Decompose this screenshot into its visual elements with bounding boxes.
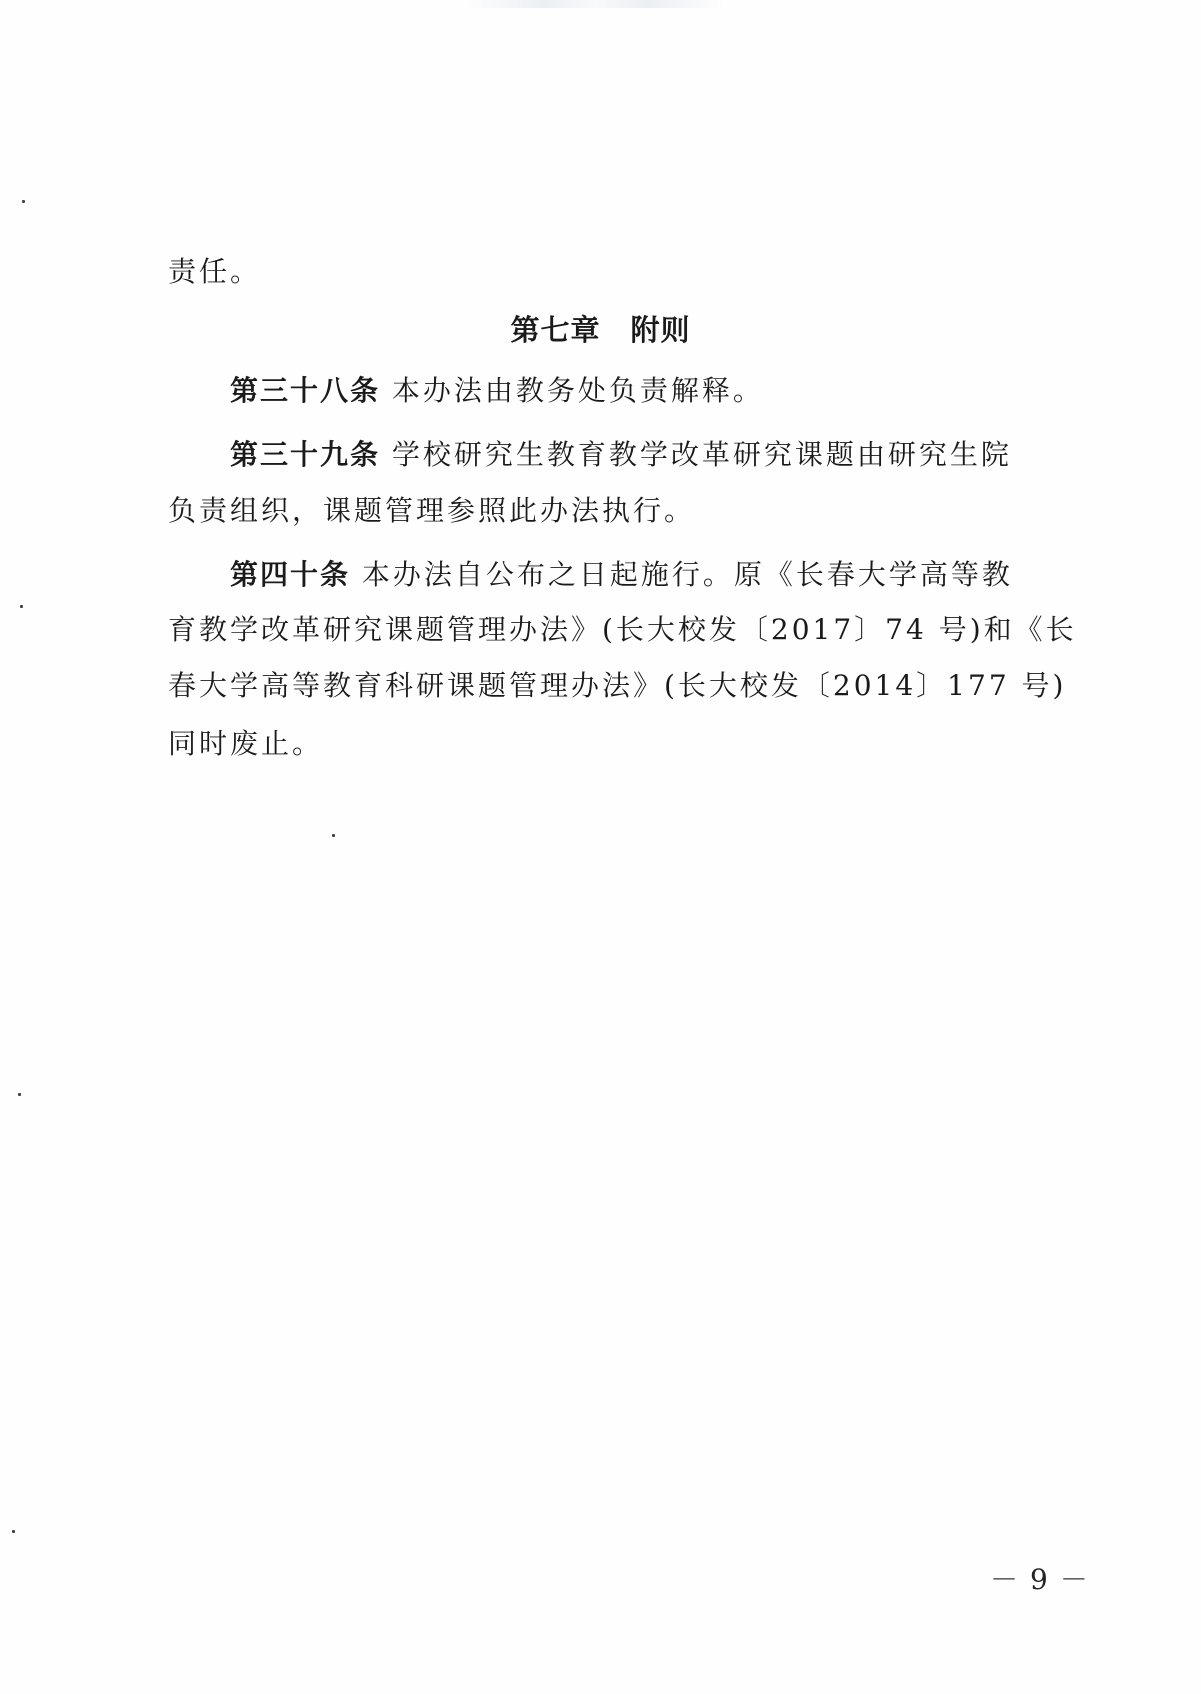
scan-speck (12, 1530, 15, 1533)
article-text: 本办法自公布之日起施行。原《长春大学高等教 (362, 558, 1013, 591)
article-label: 第三十八条 (230, 374, 380, 407)
article-40: 第四十条 本办法自公布之日起施行。原《长春大学高等教 (230, 555, 1130, 595)
article-label: 第三十九条 (230, 438, 380, 471)
article-39-continued: 负责组织，课题管理参照此办法执行。 (168, 491, 1068, 531)
carryover-text: 责任。 (168, 252, 1068, 292)
chapter-title: 附则 (631, 313, 691, 347)
dash-left: － (990, 1562, 1018, 1598)
scan-speck (20, 605, 23, 608)
article-label: 第四十条 (230, 558, 350, 591)
page-number: －9－ (978, 1562, 1100, 1598)
article-39: 第三十九条 学校研究生教育教学改革研究课题由研究生院 (230, 435, 1130, 475)
scan-speck (332, 834, 335, 837)
article-text: 学校研究生教育教学改革研究课题由研究生院 (392, 438, 1012, 471)
article-text: 本办法由教务处负责解释。 (392, 374, 764, 407)
scan-speck (18, 1093, 21, 1096)
article-40-continued: 同时废止。 (168, 724, 1068, 764)
article-38: 第三十八条 本办法由教务处负责解释。 (230, 371, 1130, 411)
scan-artifact (465, 0, 725, 8)
article-40-continued: 春大学高等教育科研课题管理办法》(长大校发〔2014〕177 号) (168, 666, 1068, 706)
chapter-heading: 第七章附则 (0, 310, 1201, 350)
dash-right: － (1060, 1562, 1088, 1598)
document-page: 责任。 第七章附则 第三十八条 本办法由教务处负责解释。 第三十九条 学校研究生… (0, 0, 1201, 1694)
chapter-number: 第七章 (510, 313, 600, 347)
article-40-continued: 育教学改革研究课题管理办法》(长大校发〔2017〕74 号)和《长 (168, 610, 1068, 650)
scan-speck (22, 200, 25, 203)
page-number-value: 9 (1030, 1563, 1048, 1596)
